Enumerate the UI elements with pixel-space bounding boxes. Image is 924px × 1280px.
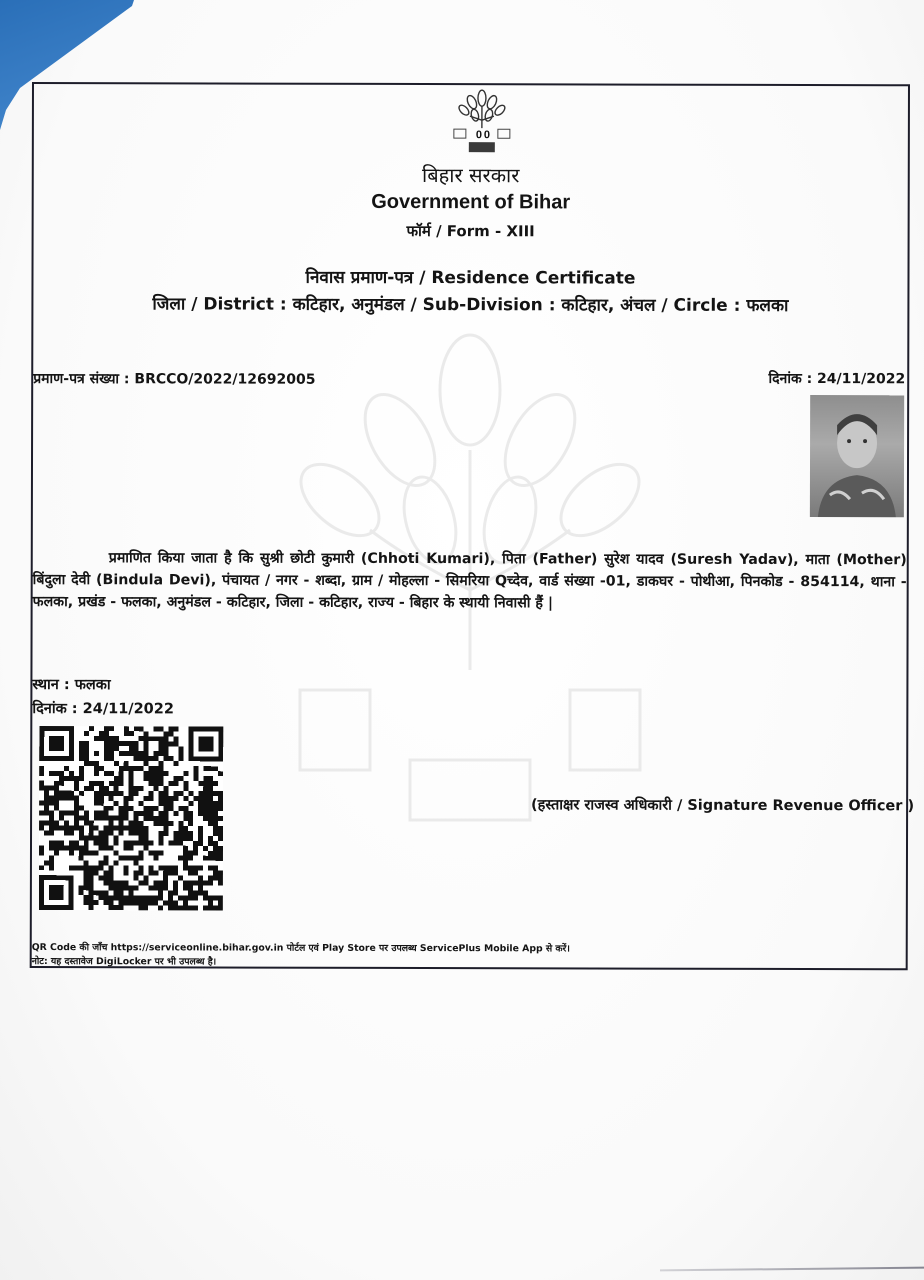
issue-date: दिनांक : 24/11/2022 [768, 369, 905, 388]
svg-text:0: 0 [476, 129, 482, 141]
certificate-number: प्रमाण-पत्र संख्या : BRCCO/2022/12692005 [33, 369, 315, 389]
footer-date: दिनांक : 24/11/2022 [32, 698, 174, 718]
signature-label: (हस्ताक्षर राजस्व अधिकारी / Signature Re… [531, 794, 914, 815]
certification-statement: प्रमाणित किया जाता है कि सुश्री छोटी कुम… [33, 550, 907, 611]
government-title-english: Government of Bihar [34, 190, 908, 215]
government-title-hindi: बिहार सरकार [34, 160, 908, 189]
jurisdiction-line: जिला / District : कटिहार, अनुमंडल / Sub-… [33, 291, 907, 316]
certificate-title: निवास प्रमाण-पत्र / Residence Certificat… [33, 264, 907, 289]
qr-note: QR Code की जाँच https://serviceonline.bi… [32, 941, 570, 956]
qr-verification-note: QR Code की जाँच https://serviceonline.bi… [32, 941, 570, 970]
form-number: फॉर्म / Form - XIII [34, 220, 908, 242]
svg-text:0: 0 [484, 129, 490, 141]
certificate-body: प्रमाणित किया जाता है कि सुश्री छोटी कुम… [33, 547, 907, 615]
certificate-frame: 0 0 बिहार सरकार Government of Bihar फॉर्… [30, 82, 910, 970]
bodhi-tree-emblem-icon: 0 0 [442, 88, 522, 158]
applicant-photo [810, 395, 904, 517]
qr-code [39, 726, 223, 910]
place-of-issue: स्थान : फलका [32, 674, 110, 694]
digilocker-note: नोट: यह दस्तावेज DigiLocker पर भी उपलब्ध… [32, 955, 570, 970]
